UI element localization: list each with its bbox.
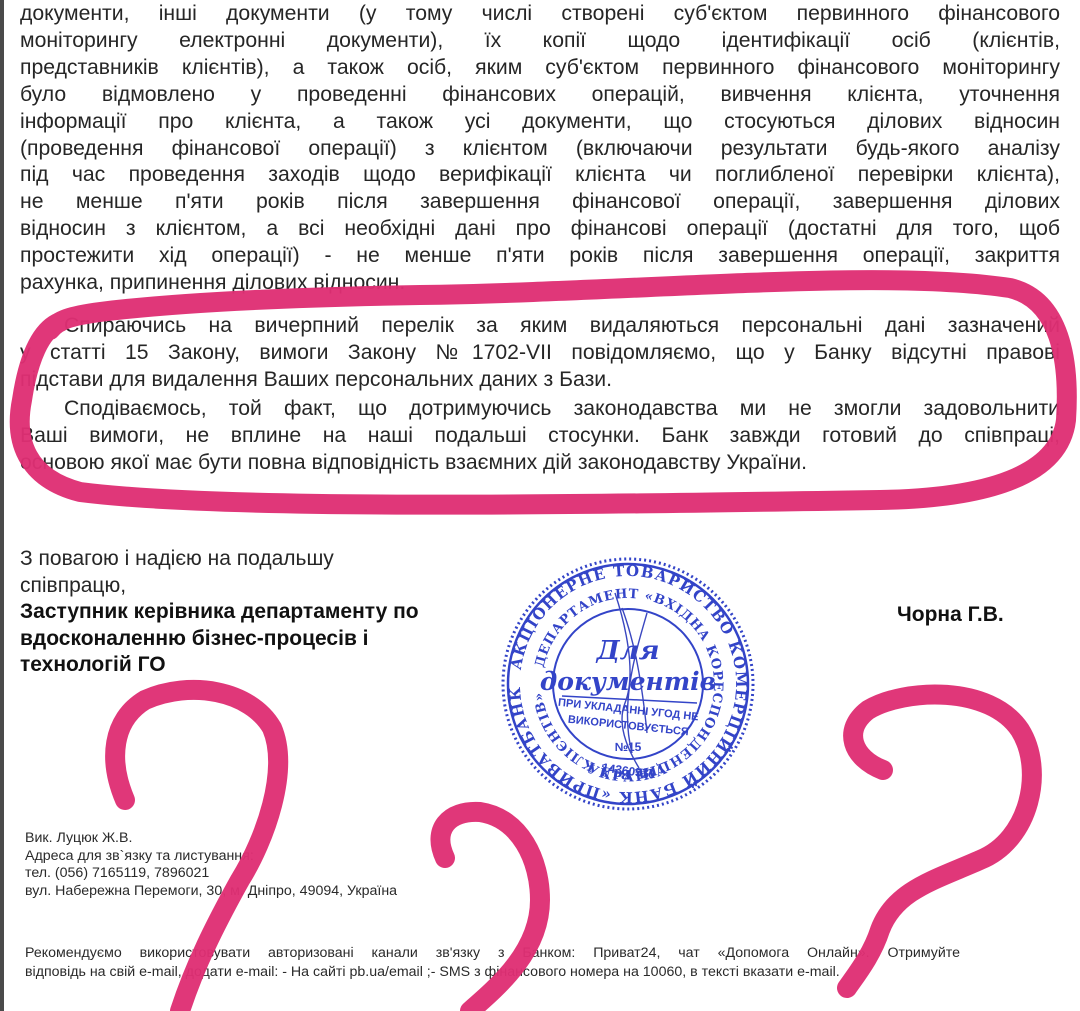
text-line: Сподіваємось, той факт, що дотримуючись … (20, 396, 1060, 423)
text-line: Спираючись на вичерпний перелік за яким … (20, 313, 1060, 340)
text-line: простежити хід операції) - не менше п'ят… (20, 243, 1060, 270)
signer-position: Заступник керівника департаменту по (20, 599, 419, 626)
closing-line: З повагою і надією на подальшу (20, 546, 419, 573)
paragraph-cooperation-hope: Сподіваємось, той факт, що дотримуючись … (20, 396, 1060, 477)
contact-address-label: Адреса для зв`язку та листування: (25, 848, 397, 866)
bank-stamp: АКЦІОНЕРНЕ ТОВАРИСТВО КОМЕРЦІЙНИЙ БАНК «… (497, 553, 759, 815)
contact-street-address: вул. Набережна Перемоги, 30, м. Дніпро, … (25, 883, 397, 901)
signoff-block: З повагою і надією на подальшу співпрацю… (20, 546, 419, 679)
text-line: інформації про клієнта, а також усі доку… (20, 109, 1060, 136)
executor-name: Вик. Луцюк Ж.В. (25, 830, 397, 848)
signer-position: технологій ГО (20, 652, 419, 679)
text-line: Ваші вимоги, не вплине на наші подальші … (20, 423, 1060, 450)
text-line: у статті 15 Закону, вимоги Закону №1702-… (20, 340, 1060, 367)
text-line: було відмовлено у проведенні фінансових … (20, 82, 1060, 109)
page-left-edge (0, 0, 4, 1011)
contact-phone: тел. (056) 7165119, 7896021 (25, 865, 397, 883)
signer-position: вдосконаленню бізнес-процесів і (20, 626, 419, 653)
paragraph-no-legal-grounds: Спираючись на вичерпний перелік за яким … (20, 313, 1060, 394)
text-line: не менше п'яти років після завершення фі… (20, 189, 1060, 216)
text-line: представників клієнтів), а також осіб, я… (20, 55, 1060, 82)
text-line: документи, інші документи (у тому числі … (20, 1, 1060, 28)
text-line: (проведення фінансової операції) з клієн… (20, 136, 1060, 163)
text-line: Рекомендуємо використовувати авторизован… (25, 944, 960, 963)
closing-line: співпрацю, (20, 573, 419, 600)
signer-name: Чорна Г.В. (897, 603, 1004, 627)
text-line: відповідь на свій e-mail, додати e-mail:… (25, 963, 960, 982)
executor-contact-block: Вик. Луцюк Ж.В. Адреса для зв`язку та ли… (25, 830, 397, 900)
text-line: під час проведення заходів щодо верифіка… (20, 162, 1060, 189)
text-line: підстави для видалення Ваших персональни… (20, 367, 1060, 394)
text-line: відносин з клієнтом, а всі необхідні дан… (20, 216, 1060, 243)
recommendation-note: Рекомендуємо використовувати авторизован… (25, 944, 960, 982)
text-line: основою якої має бути повна відповідніст… (20, 450, 1060, 477)
text-line: моніторингу електронні документи), їх ко… (20, 28, 1060, 55)
text-line: рахунка, припинення ділових відносин. (20, 270, 1060, 297)
paragraph-retention-requirements: документи, інші документи (у тому числі … (20, 1, 1060, 297)
